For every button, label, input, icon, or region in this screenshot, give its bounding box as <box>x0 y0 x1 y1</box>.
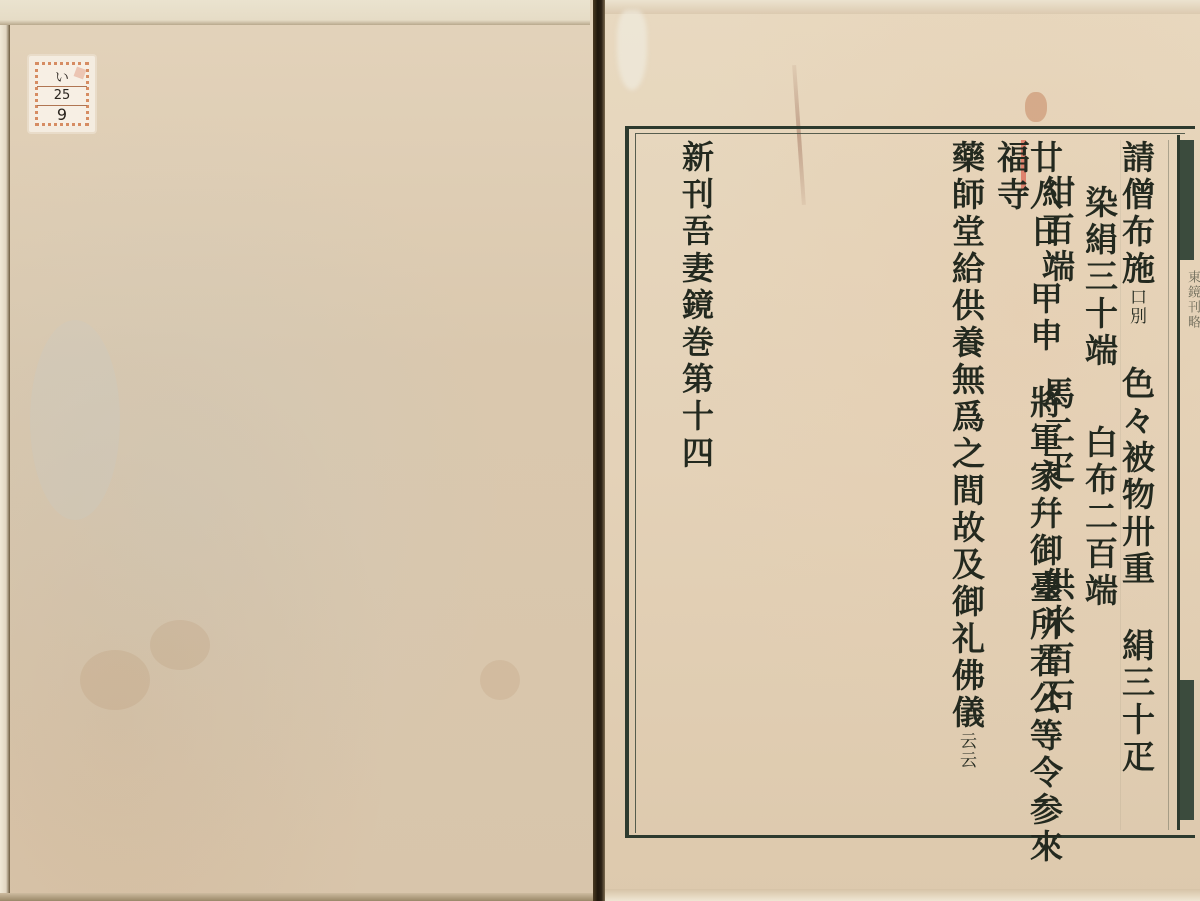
discoloration <box>30 320 120 520</box>
col5-main: 藥師堂給供養無爲之間故及御礼佛儀 <box>947 140 986 732</box>
label-line-1: い <box>37 67 87 87</box>
red-stain <box>1025 92 1047 122</box>
book-spine-gutter <box>593 0 605 901</box>
stain <box>80 650 150 710</box>
text-column-5: 藥師堂給供養無爲之間故及御礼佛儀云云 <box>950 140 983 770</box>
volume-title: 新刊吾妻鏡巻第十四 <box>680 140 712 473</box>
label-line-2: 25 <box>37 86 87 106</box>
col2-rest: 白布二百端 <box>1080 425 1119 610</box>
fishtail-mark-top <box>1180 140 1194 260</box>
left-page-edge <box>0 25 10 901</box>
block-margin-title: 東鏡刊略 <box>1183 270 1200 330</box>
book-spread: い 25 9 東鏡刊略 新刊吾妻鏡巻第十四 請僧布施口別色々被物卅重絹三十疋 染… <box>0 0 1200 901</box>
right-page-text: 東鏡刊略 新刊吾妻鏡巻第十四 請僧布施口別色々被物卅重絹三十疋 染絹三十端白布二… <box>605 0 1200 901</box>
stain <box>480 660 520 700</box>
text-column-1: 請僧布施口別色々被物卅重絹三十疋 <box>1120 140 1153 776</box>
col2-main: 染絹三十端 <box>1080 185 1119 370</box>
text-column-4: 廿八日甲申將軍家幷御臺所若公等令参來福寺 <box>995 140 1061 901</box>
bottom-edge <box>0 893 596 901</box>
stain <box>150 620 210 670</box>
top-fold <box>0 0 590 25</box>
col5-note: 云云 <box>956 732 976 770</box>
col1-note: 口別 <box>1126 288 1146 326</box>
column-rule <box>1168 140 1169 830</box>
library-call-number-label: い 25 9 <box>29 56 95 132</box>
text-column-2: 染絹三十端白布二百端 <box>1083 185 1116 610</box>
bottom-edge <box>605 889 1200 901</box>
col1-rest: 色々被物卅重 <box>1117 366 1156 588</box>
col1-tail: 絹三十疋 <box>1117 628 1156 776</box>
col4-rest: 甲申 <box>1025 281 1064 355</box>
water-stain <box>617 10 647 90</box>
left-page-endpaper: い 25 9 <box>0 0 596 901</box>
fishtail-mark-bottom <box>1180 680 1194 820</box>
label-line-3: 9 <box>37 105 87 124</box>
col1-main: 請僧布施 <box>1117 140 1156 288</box>
top-fold <box>605 0 1200 14</box>
